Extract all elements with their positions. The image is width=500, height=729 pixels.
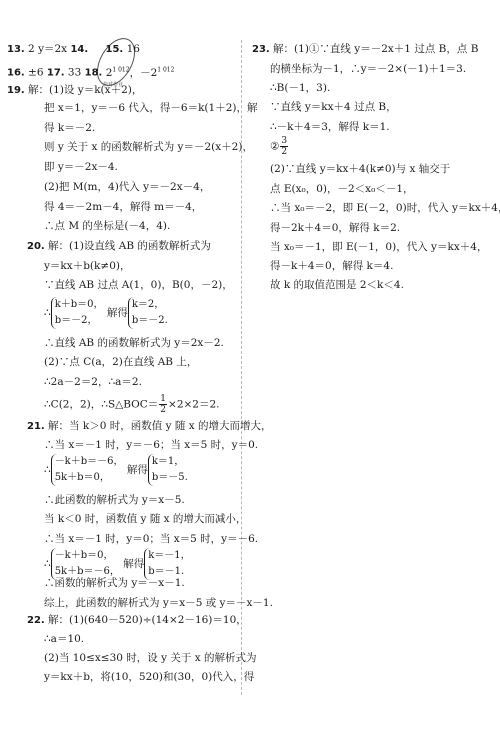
q23-line: ∴B(－1，3). bbox=[270, 81, 330, 95]
q23-line: 的横坐标为－1，∴y＝－2×(－1)＋1＝3. bbox=[270, 62, 466, 76]
q21-line: ∴函数的解析式为 y＝－x－1. bbox=[44, 576, 185, 590]
q23-part2: ②32 bbox=[270, 136, 289, 157]
q19-line: ∴点 M 的坐标是(－4，4). bbox=[44, 219, 170, 233]
q21-line: 21. 解：当 k＞0 时，函数值 y 随 x 的增大而增大， bbox=[27, 419, 271, 434]
q19-line: (2)把 M(m，4)代入 y＝－2x－4， bbox=[44, 180, 210, 194]
q20-line: (2)∵点 C(a，2)在直线 AB 上， bbox=[44, 355, 197, 369]
q22-line: ∴a＝10. bbox=[44, 632, 84, 646]
q21-line: 综上，此函数的解析式为 y＝x－5 或 y＝－x－1. bbox=[44, 596, 273, 610]
q20-line: 20. 解：(1)设直线 AB 的函数解析式为 bbox=[27, 239, 211, 254]
q23-line: 23. 解：(1)①∵直线 y＝－2x＋1 过点 B，点 B bbox=[252, 42, 478, 57]
q21-line: ∴当 x＝－1 时，y＝－6；当 x＝5 时，y＝0. bbox=[44, 438, 258, 452]
q19-line: 则 y 关于 x 的函数解析式为 y＝－2(x＋2)， bbox=[44, 140, 253, 154]
q21-line: ∴此函数的解析式为 y＝x－5. bbox=[44, 493, 185, 507]
q23-line: ∴－k＋4＝3，解得 k＝1. bbox=[270, 120, 390, 134]
q21-line: ∴当 x＝－1 时，y＝0；当 x＝5 时，y＝－6. bbox=[44, 532, 258, 546]
q21-system-a: ∴－k＋b＝－6，5k＋b＝0， 解得k＝1，b＝－5. bbox=[44, 454, 188, 486]
q23-line: (2)∵直线 y＝kx＋4(k≠0)与 x 轴交于 bbox=[270, 162, 450, 176]
q23-line: 点 E(x₀，0)，－2＜x₀＜－1， bbox=[270, 182, 414, 196]
q23-line: 得－2k＋4＝0，解得 k＝2. bbox=[270, 221, 400, 235]
q21-line: 当 k＜0 时，函数值 y 随 x 的增大而减小， bbox=[44, 512, 246, 526]
q20-line: ∵直线 AB 过点 A(1，0)，B(0，－2)， bbox=[44, 278, 233, 292]
q20-area-line: ∴C(2，2)，∴S△BOC＝12×2×2＝2. bbox=[44, 394, 220, 415]
q20-system: ∴k＋b＝0，b＝－2， 解得k＝2，b＝－2. bbox=[44, 297, 168, 329]
q23-line: 当 x₀＝－1，即 E(－1，0)，代入 y＝kx＋4， bbox=[270, 240, 487, 254]
q23-line: 得－k＋4＝0，解得 k＝4. bbox=[270, 259, 393, 273]
q19-line: 把 x＝1，y＝－6 代入，得－6＝k(1＋2)，解 bbox=[44, 101, 258, 115]
q22-line: 22. 解：(1)(640－520)÷(14×2－16)＝10， bbox=[27, 613, 247, 628]
q23-line: 故 k 的取值范围是 2＜k＜4. bbox=[270, 278, 404, 292]
answer-key-page: 快对作业 13. 2 y＝2x 14. 15. 16 16. ±6 17. 33… bbox=[0, 0, 500, 729]
q23-line: ∴当 x₀＝－2，即 E(－2，0)时，代入 y＝kx＋4， bbox=[270, 201, 500, 215]
answer-16-17-18: 16. ±6 17. 33 18. 21 012，－21 012 bbox=[7, 63, 174, 81]
q19-line: 19. 解：(1)设 y＝k(x＋2)， bbox=[7, 83, 142, 98]
q19-line: 即 y＝－2x－4. bbox=[44, 160, 118, 174]
answer-13-14-15: 13. 2 y＝2x 14. 15. 16 bbox=[7, 42, 140, 57]
q22-line: y＝kx＋b，将(10，520)和(30，0)代入，得 bbox=[44, 670, 254, 684]
q22-line: (2)当 10≤x≤30 时，设 y 关于 x 的解析式为 bbox=[44, 651, 257, 665]
q20-line: ∴直线 AB 的函数解析式为 y＝2x－2. bbox=[44, 336, 224, 350]
q20-line: ∴2a－2＝2，∴a＝2. bbox=[44, 375, 142, 389]
q19-line: 得 k＝－2. bbox=[44, 121, 95, 135]
q23-line: ∵直线 y＝kx＋4 过点 B， bbox=[270, 100, 397, 114]
q20-line: y＝kx＋b(k≠0)， bbox=[44, 259, 130, 273]
q19-line: 得 4＝－2m－4，解得 m＝－4， bbox=[44, 200, 202, 214]
